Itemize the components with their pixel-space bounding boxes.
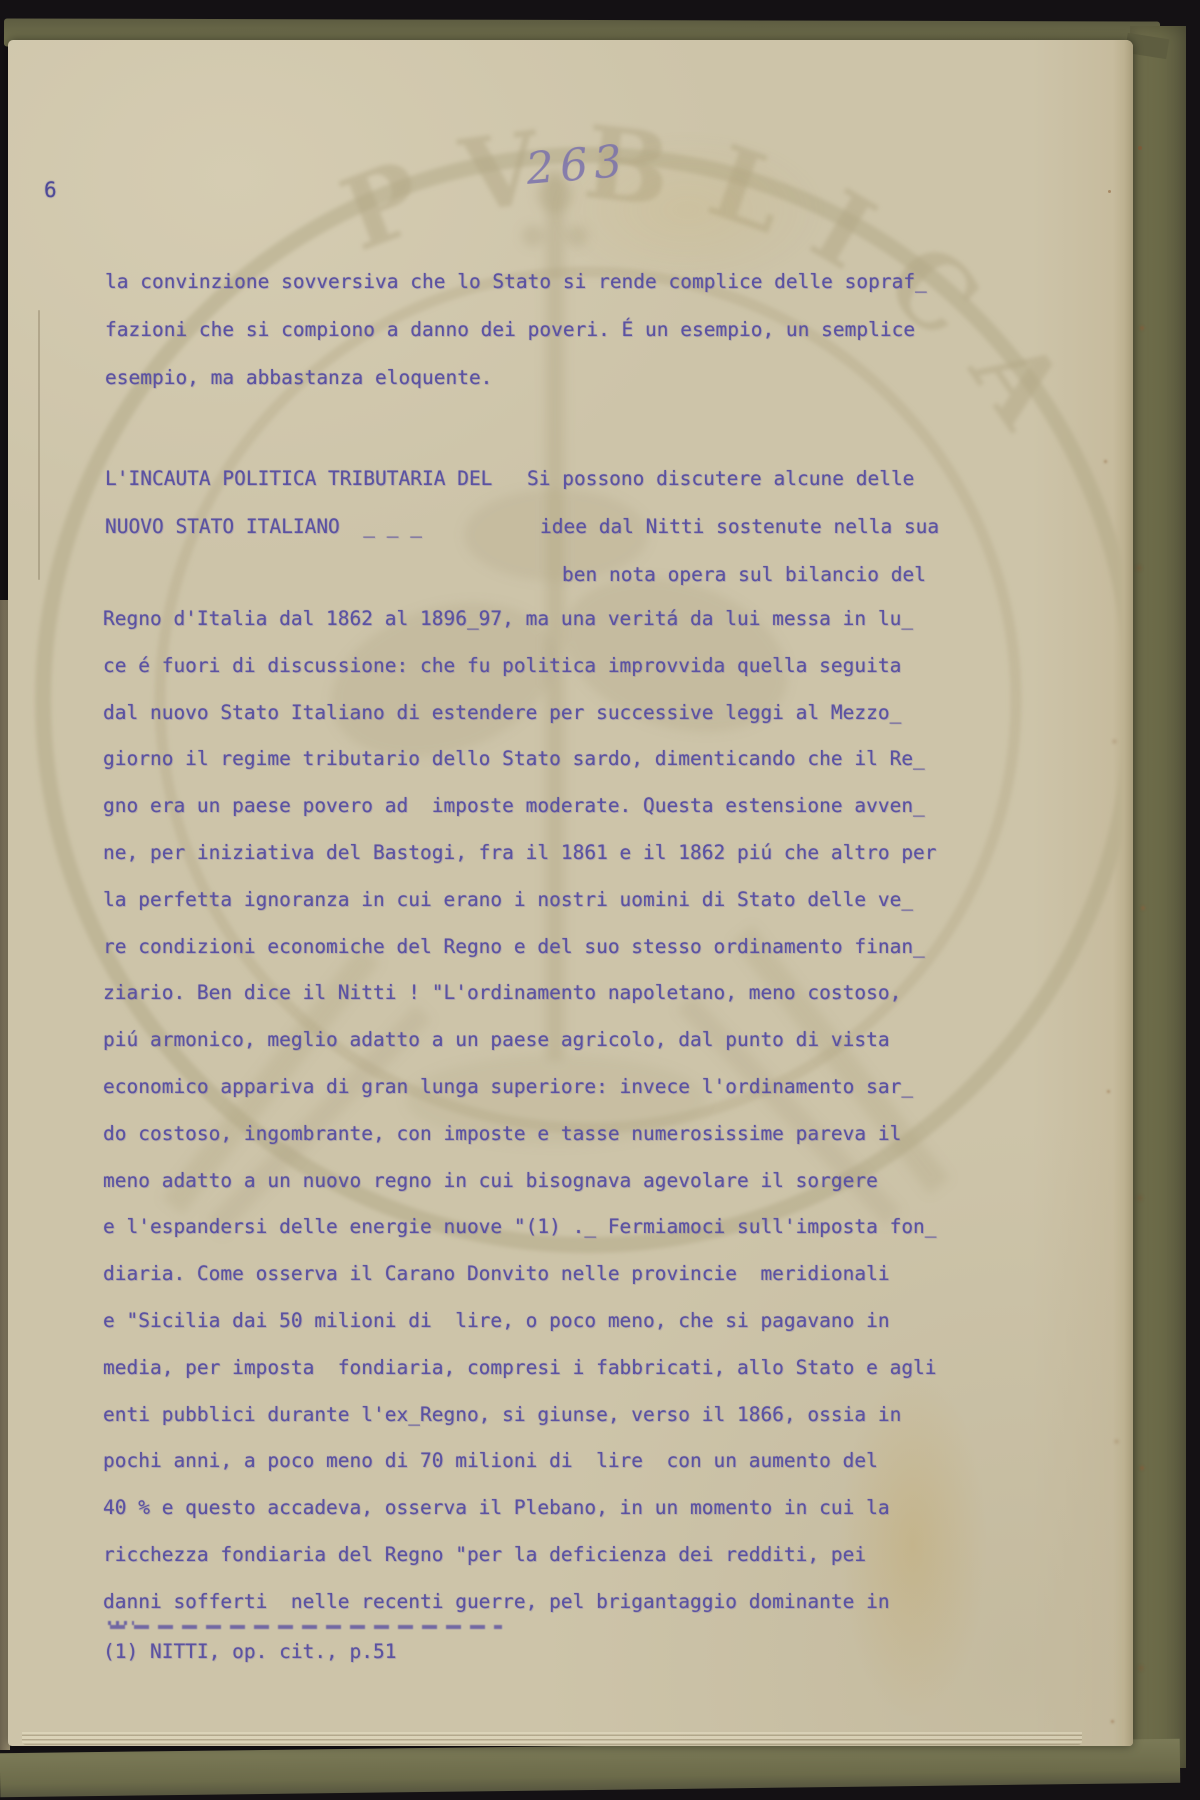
typed-line: re condizioni economiche del Regno e del… — [103, 924, 937, 971]
typed-line: NUOVO STATO ITALIANO _ _ _ — [105, 503, 492, 551]
typed-line: esempio, ma abbastanza eloquente. — [105, 354, 927, 402]
edge-speckles — [1108, 190, 1111, 193]
typed-line: la perfetta ignoranza in cui erano i nos… — [103, 877, 937, 924]
typed-line: enti pubblici durante l'ex_Regno, si giu… — [103, 1392, 937, 1439]
typed-line: idee dal Nitti sostenute nella sua — [540, 503, 939, 551]
page-sheet: PVBLICA 6 263 la conv — [8, 40, 1133, 1746]
typed-line: 40 % e questo accadeva, osserva il Pleba… — [103, 1485, 937, 1532]
footnote: (1) NITTI, op. cit., p.51 — [103, 1640, 397, 1663]
cover-stain-speckles — [1138, 146, 1142, 150]
book-cover-right-edge — [1130, 26, 1186, 1768]
typed-line: ricchezza fondiaria del Regno "per la de… — [103, 1532, 937, 1579]
opening-paragraph: la convinzione sovversiva che lo Stato s… — [105, 258, 927, 402]
page-stack-right-edge — [1113, 40, 1133, 1746]
typed-line: danni sofferti nelle recenti guerre, pel… — [103, 1579, 937, 1626]
page-crease — [38, 310, 40, 580]
typed-line: diaria. Come osserva il Carano Donvito n… — [103, 1251, 937, 1298]
page-stack-bottom-edge — [22, 1732, 1082, 1745]
typed-line: ce é fuori di discussione: che fu politi… — [103, 643, 937, 690]
typed-line: giorno il regime tributario dello Stato … — [103, 736, 937, 783]
typed-line: meno adatto a un nuovo regno in cui biso… — [103, 1158, 937, 1205]
book-cover-bottom-edge — [0, 1739, 1180, 1797]
typed-line: ben nota opera sul bilancio del — [562, 551, 939, 599]
typed-line: media, per imposta fondiaria, compresi i… — [103, 1345, 937, 1392]
typed-line: economico appariva di gran lunga superio… — [103, 1064, 937, 1111]
typed-line: gno era un paese povero ad imposte moder… — [103, 783, 937, 830]
typed-line: ziario. Ben dice il Nitti ! "L'ordinamen… — [103, 970, 937, 1017]
footnote-separator — [110, 1625, 502, 1629]
typed-line: Regno d'Italia dal 1862 al 1896_97, ma u… — [103, 596, 937, 643]
typed-line: ne, per iniziativa del Bastogi, fra il 1… — [103, 830, 937, 877]
typed-line: fazioni che si compiono a danno dei pove… — [105, 306, 927, 354]
typed-line: la convinzione sovversiva che lo Stato s… — [105, 258, 927, 306]
typed-line: piú armonico, meglio adatto a un paese a… — [103, 1017, 937, 1064]
typed-line: e l'espandersi delle energie nuove "(1) … — [103, 1204, 937, 1251]
section-intro: Si possono discutere alcune delleidee da… — [527, 455, 939, 599]
section-title: L'INCAUTA POLITICA TRIBUTARIA DELNUOVO S… — [105, 455, 492, 551]
archival-number-handwritten: 263 — [524, 136, 630, 196]
typed-line: e "Sicilia dai 50 milioni di lire, o poc… — [103, 1298, 937, 1345]
typed-line: do costoso, ingombrante, con imposte e t… — [103, 1111, 937, 1158]
body-paragraph: Regno d'Italia dal 1862 al 1896_97, ma u… — [103, 596, 937, 1626]
scanned-book-photo: PVBLICA 6 263 la conv — [0, 0, 1200, 1800]
typed-line: Si possono discutere alcune delle — [527, 455, 939, 503]
typed-line: dal nuovo Stato Italiano di estendere pe… — [103, 690, 937, 737]
page-number: 6 — [44, 178, 57, 202]
typed-line: pochi anni, a poco meno di 70 milioni di… — [103, 1438, 937, 1485]
typed-line: L'INCAUTA POLITICA TRIBUTARIA DEL — [105, 455, 492, 503]
